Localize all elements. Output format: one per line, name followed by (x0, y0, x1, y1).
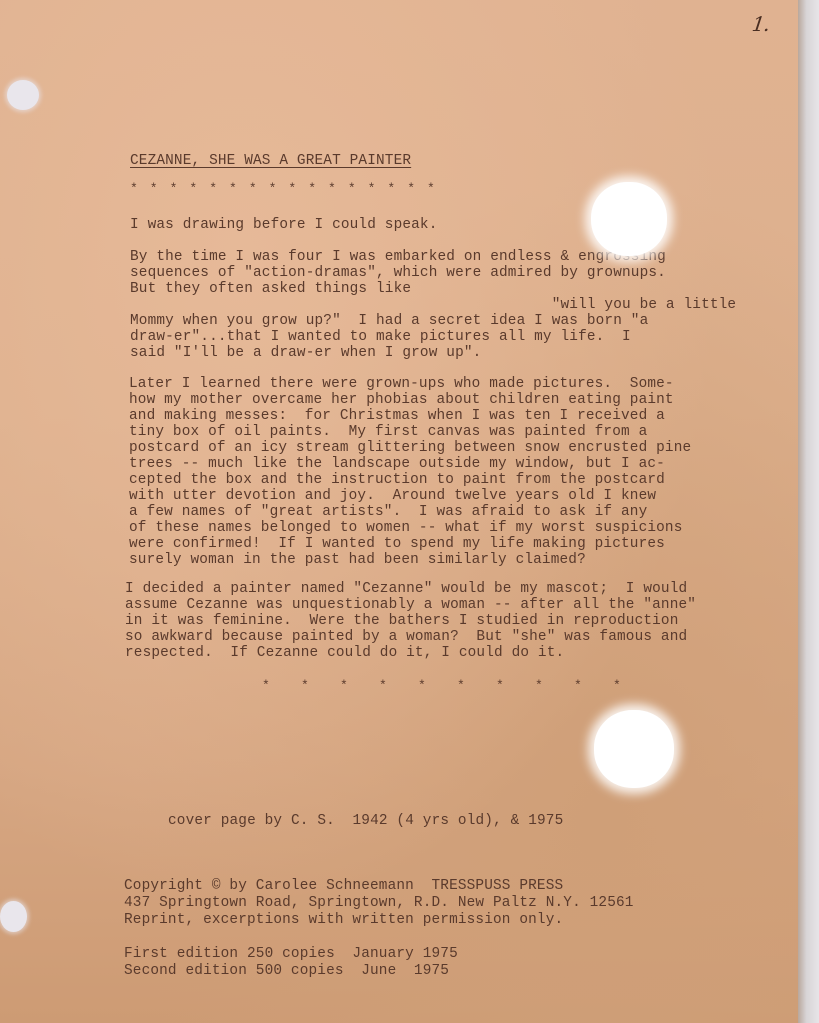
divider-top: * * * * * * * * * * * * * * * * (130, 181, 437, 197)
light-glare-top (591, 182, 667, 256)
light-glare-bottom (594, 710, 674, 788)
copyright-notice: Copyright © by Carolee Schneemann TRESSP… (124, 878, 634, 929)
paragraph-2: By the time I was four I was embarked on… (130, 249, 736, 361)
paragraph-4: I decided a painter named "Cezanne" woul… (125, 581, 696, 661)
paragraph-3: Later I learned there were grown-ups who… (129, 376, 691, 568)
page-number: 1. (749, 16, 774, 32)
paragraph-1: I was drawing before I could speak. (130, 217, 438, 233)
typewritten-page: 1. CEZANNE, SHE WAS A GREAT PAINTER * * … (0, 0, 802, 1023)
page-edge-background (798, 0, 819, 1023)
cover-note: cover page by C. S. 1942 (4 yrs old), & … (168, 813, 563, 829)
punch-hole-bottom (0, 901, 27, 932)
divider-bottom: * * * * * * * * * * (262, 678, 621, 694)
document-title: CEZANNE, SHE WAS A GREAT PAINTER (130, 153, 411, 169)
edition-info: First edition 250 copies January 1975 Se… (124, 946, 458, 980)
punch-hole-top (7, 80, 39, 110)
